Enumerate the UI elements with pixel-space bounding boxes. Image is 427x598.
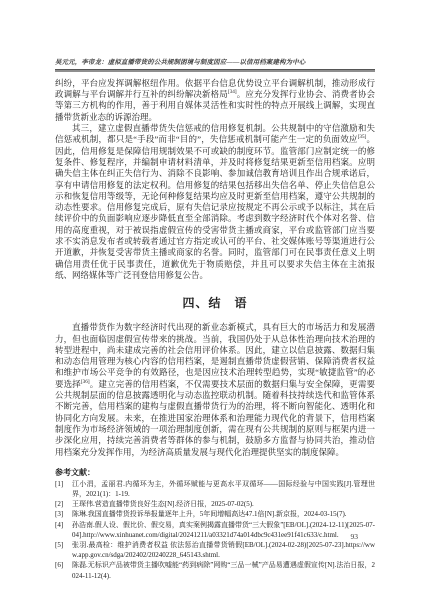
reference-item: [5] 张羽.最高检：维护消费者权益 依法惩治直播带货销假[EB/OL].(20… — [55, 540, 375, 560]
reference-text: 江小涓，孟丽君.内循环为主，外循环赋能与更高水平双循环——国际经验与中国实践[J… — [72, 479, 375, 499]
header-rule — [55, 69, 375, 72]
page-content: 吴元元，李帝龙：虚拟直播带货的公共规制困境与制度因应——以信用档案建构为中心 纠… — [55, 57, 375, 581]
reference-label: [2] — [55, 499, 72, 509]
paragraph: 其三，建立虚假直播带货失信惩戒的信用修复机制。公共规制中的守信激励和失信惩戒机制… — [55, 123, 375, 281]
reference-label: [6] — [55, 560, 72, 580]
section-heading: 四、结 语 — [55, 294, 375, 311]
reference-label: [5] — [55, 540, 72, 560]
reference-text: 陈磊.无标识产品被带货主播吹嘘能“药到病除”网购“三品一械”产品易遭遇虚假宣传[… — [72, 560, 375, 580]
reference-text: 孙浩南.假人设、假比价、假交易，真实案例揭露直播带货“三大假象”[EB/OL].… — [72, 520, 375, 540]
conclusion-paragraph: 直播带货作为数字经济时代出现的新业态新模式，具有巨大的市场活力和发展潜力，但也面… — [55, 322, 375, 458]
reference-item: [6] 陈磊.无标识产品被带货主播吹嘘能“药到病除”网购“三品一械”产品易遭遇虚… — [55, 560, 375, 580]
reference-text: 陈琳.我国直播带货投诉举报量逐年上升，5年间增幅高达47.1倍[N].新京报，2… — [72, 509, 375, 519]
running-header: 吴元元，李帝龙：虚拟直播带货的公共规制困境与制度因应——以信用档案建构为中心 — [55, 57, 375, 69]
reference-label: [4] — [55, 520, 72, 540]
reference-item: [2] 王琛伟.营造直播带货良好生态[N].经济日报，2025-07-02(5)… — [55, 499, 375, 509]
paragraph-text: 其三，建立虚假直播带货失信惩戒的信用修复机制。公共规制中的守信激励和失信惩戒机制… — [55, 123, 375, 144]
paragraph-text: 。建立完善的信用档案，不仅需要技术层面的数据归集与安全保障，更需要公共规制层面的… — [55, 379, 375, 457]
paragraph-text: 。因此，信用修复是保障信用规制效果不可或缺的制度环节。监管部门应制定统一的修复条… — [55, 134, 375, 280]
reference-list: [1] 江小涓，孟丽君.内循环为主，外循环赋能与更高水平双循环——国际经验与中国… — [55, 479, 375, 581]
reference-label: [1] — [55, 479, 72, 499]
reference-text: 张羽.最高检：维护消费者权益 依法惩治直播带货销假[EB/OL].(2024-0… — [72, 540, 375, 560]
paragraph-continuation: 纠纷，平台应发挥调解枢纽作用。依据平台信息优势设立平台调解机制，推动形成行政调解… — [55, 78, 375, 123]
paper-page: 吴元元，李帝龙：虚拟直播带货的公共规制困境与制度因应——以信用档案建构为中心 纠… — [0, 0, 427, 598]
citation-marker: [36] — [81, 379, 90, 385]
references-heading: 参考文献： — [55, 467, 375, 479]
reference-text: 王琛伟.营造直播带货良好生态[N].经济日报，2025-07-02(5). — [72, 499, 375, 509]
citation-marker: [35] — [358, 135, 367, 141]
body-text: 纠纷，平台应发挥调解枢纽作用。依据平台信息优势设立平台调解机制，推动形成行政调解… — [55, 78, 375, 281]
page-number: 93 — [351, 532, 359, 541]
reference-item: [4] 孙浩南.假人设、假比价、假交易，真实案例揭露直播带货“三大假象”[EB/… — [55, 520, 375, 540]
reference-item: [1] 江小涓，孟丽君.内循环为主，外循环赋能与更高水平双循环——国际经验与中国… — [55, 479, 375, 499]
reference-item: [3] 陈琳.我国直播带货投诉举报量逐年上升，5年间增幅高达47.1倍[N].新… — [55, 509, 375, 519]
reference-label: [3] — [55, 509, 72, 519]
citation-marker: [34] — [228, 89, 237, 95]
